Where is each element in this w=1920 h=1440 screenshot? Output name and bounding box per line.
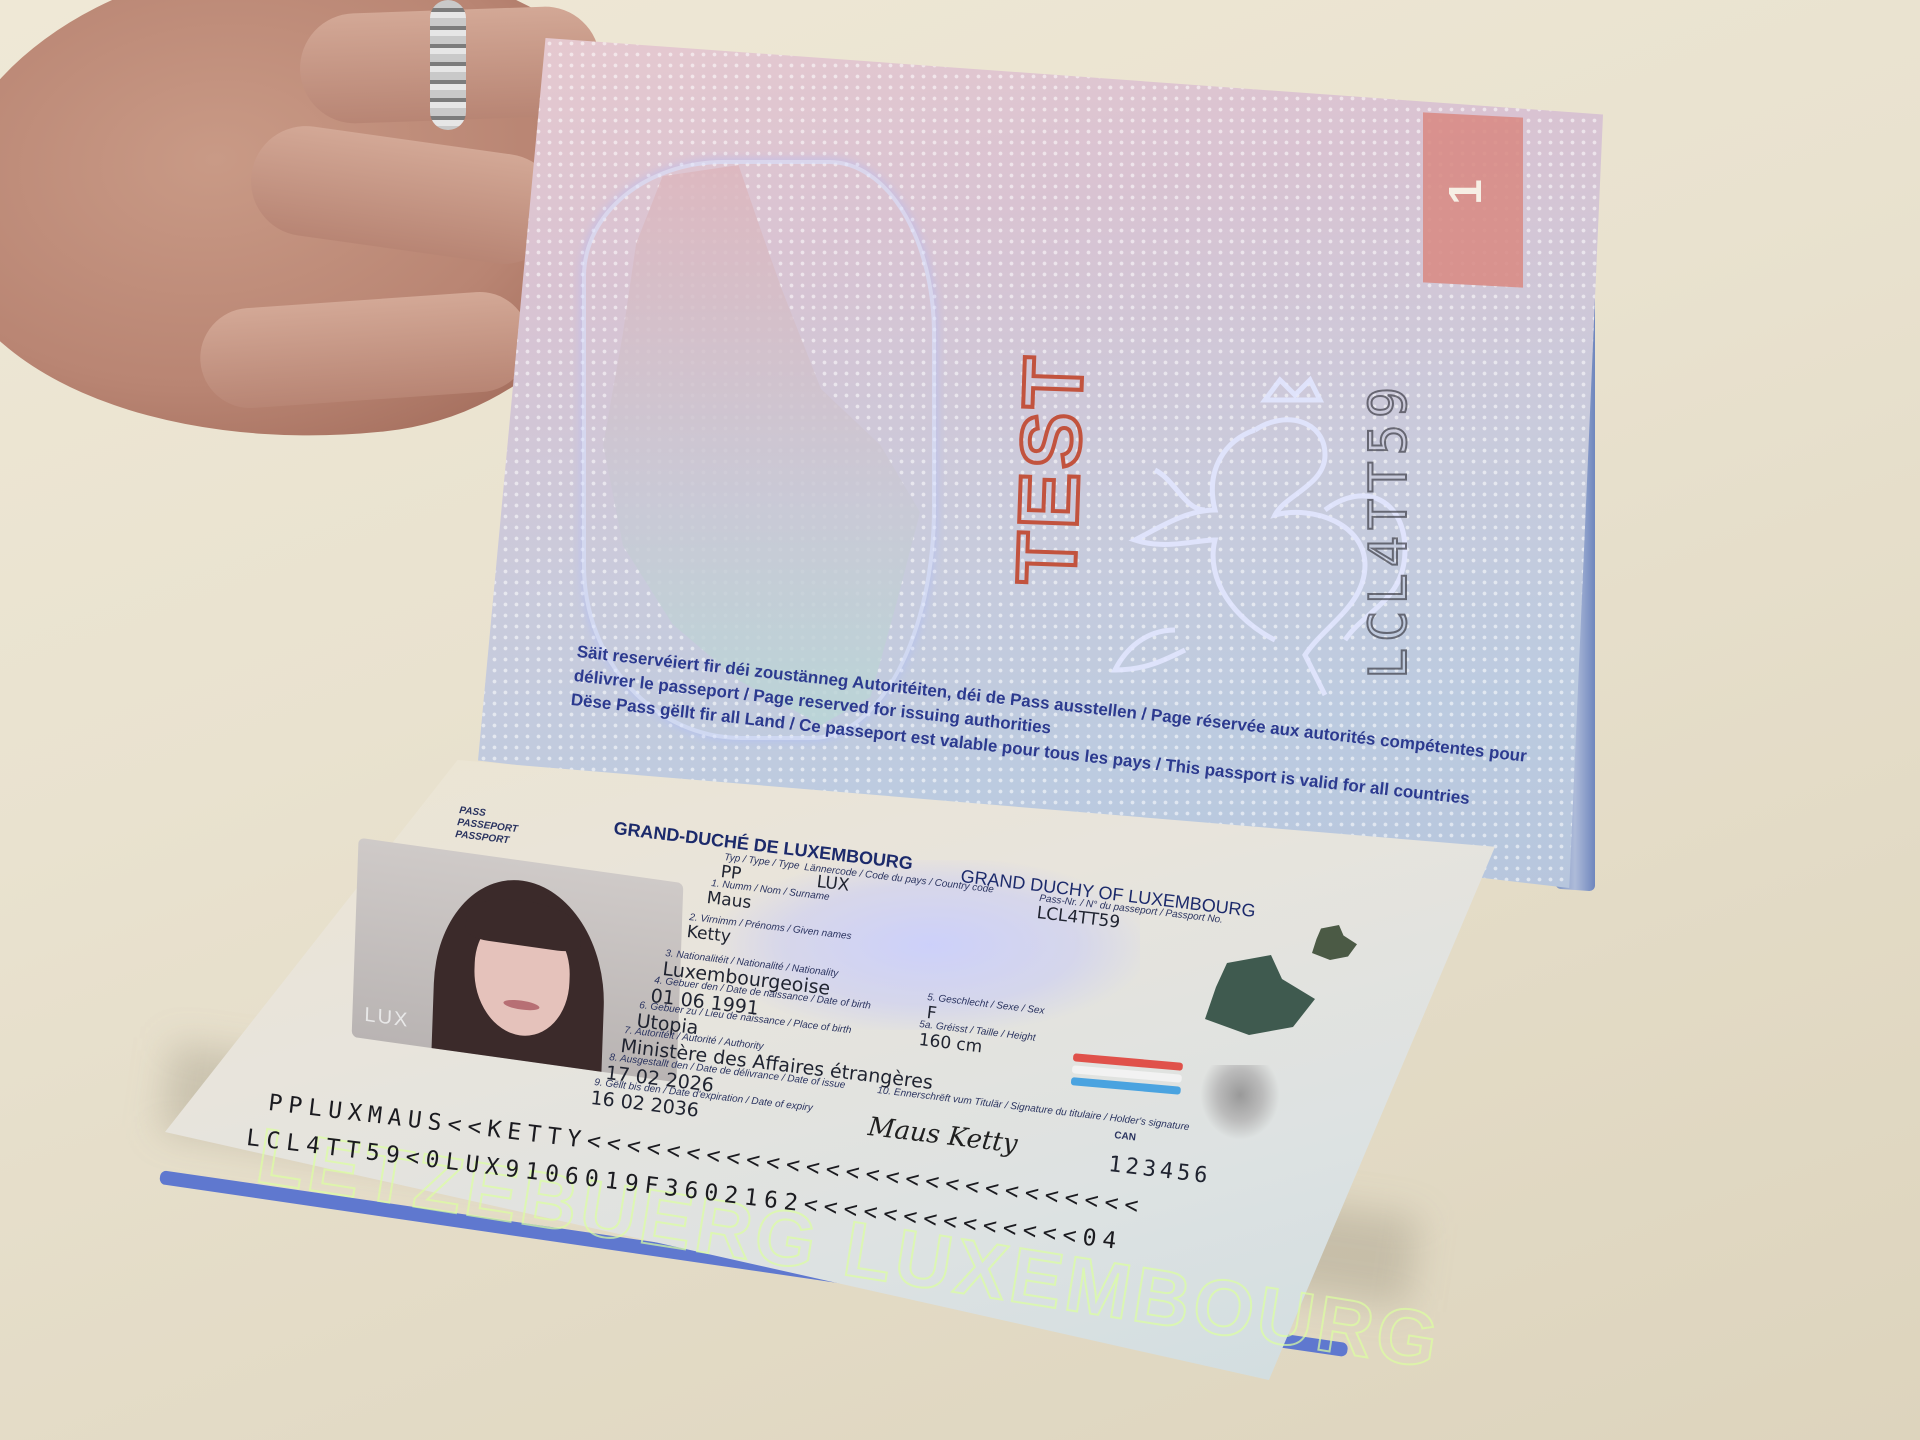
- data-page-text: PASS PASSEPORT PASSPORT GRAND-DUCHÉ DE L…: [0, 0, 1920, 1440]
- surname-value: Maus: [706, 888, 753, 913]
- can-label: CAN: [1114, 1130, 1137, 1143]
- can-value: 123456: [1107, 1152, 1213, 1189]
- given-names-value: Ketty: [686, 922, 732, 947]
- sex-label: 5. Geschlecht / Sexe / Sex: [927, 992, 1045, 1017]
- holder-signature: Maus Ketty: [866, 1112, 1019, 1160]
